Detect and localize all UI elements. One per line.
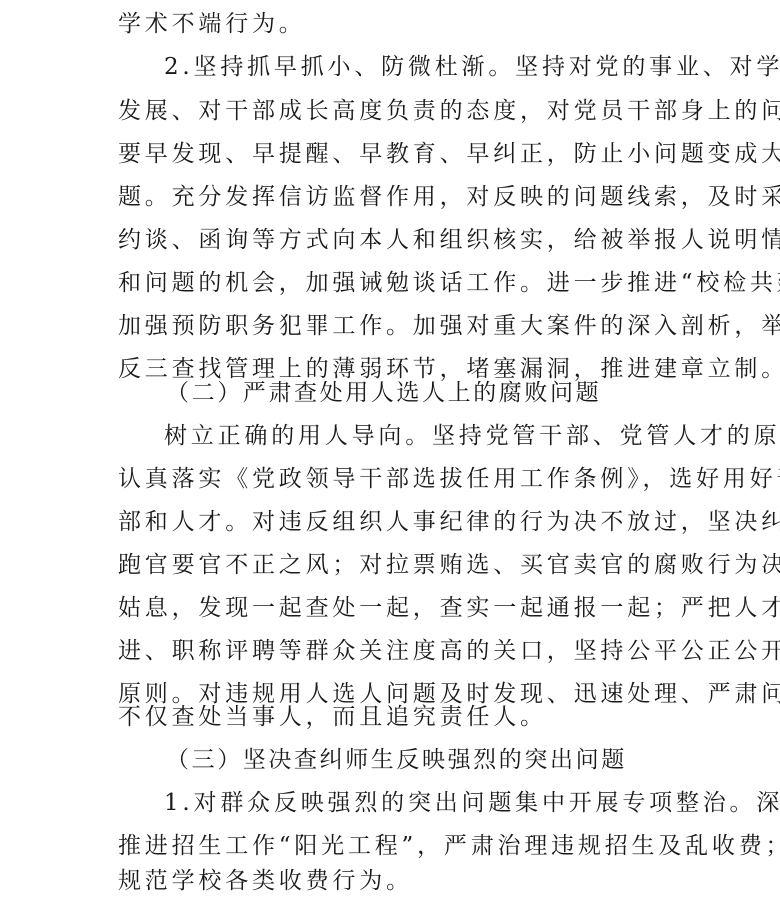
text-line: 不仅查处当事人，而且追究责任人。	[118, 702, 547, 732]
text-line: 加强预防职务犯罪工作。加强对重大案件的深入剖析，举一	[118, 311, 780, 341]
text-line: 要早发现、早提醒、早教育、早纠正，防止小问题变成大问	[118, 139, 780, 169]
text-line: 部和人才。对违反组织人事纪律的行为决不放过，坚决纠正	[118, 507, 780, 537]
paragraph-first-line: 树立正确的用人导向。坚持党管干部、党管人才的原则，	[164, 421, 780, 451]
paragraph-first-line: 2.坚持抓早抓小、防微杜渐。坚持对党的事业、对学校	[164, 52, 780, 82]
text-line: 进、职称评聘等群众关注度高的关口，坚持公平公正公开的	[118, 636, 780, 666]
text-line: 跑官要官不正之风；对拉票贿选、买官卖官的腐败行为决不	[118, 550, 780, 580]
paragraph-first-line: 1.对群众反映强烈的突出问题集中开展专项整治。深入	[164, 788, 780, 818]
section-heading: （二）严肃查处用人选人上的腐败问题	[166, 378, 601, 408]
text-line: 推进招生工作“阳光工程”，严肃治理违规招生及乱收费；	[118, 831, 780, 861]
text-line: 发展、对干部成长高度负责的态度，对党员干部身上的问题	[118, 96, 780, 126]
text-line: 和问题的机会，加强诫勉谈话工作。进一步推进“校检共建”，	[118, 268, 780, 298]
text-line: 认真落实《党政领导干部选拔任用工作条例》，选好用好干	[118, 464, 780, 494]
text-line: 题。充分发挥信访监督作用，对反映的问题线索，及时采取	[118, 182, 780, 212]
text-line: 学术不端行为。	[118, 9, 306, 39]
section-heading: （三）坚决查纠师生反映强烈的突出问题	[166, 745, 627, 775]
text-line: 姑息，发现一起查处一起，查实一起通报一起；严把人才引	[118, 593, 780, 623]
text-line: 约谈、函询等方式向本人和组织核实，给被举报人说明情况	[118, 225, 780, 255]
text-line: 规范学校各类收费行为。	[118, 866, 413, 896]
